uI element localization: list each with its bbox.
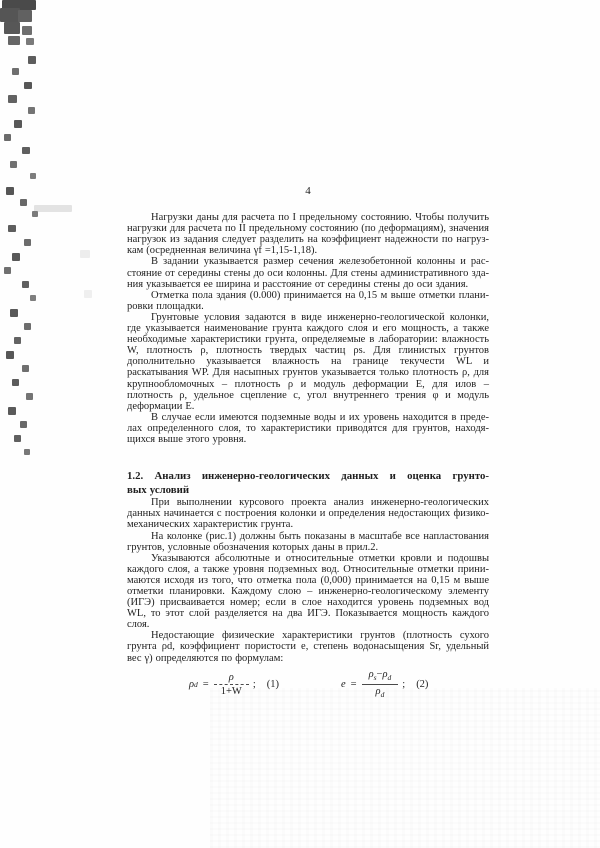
- scan-artifact: [14, 337, 21, 344]
- scan-artifact: [28, 56, 36, 64]
- paragraph-missing-characteristics: Недостающие физические характеристики гр…: [127, 630, 489, 663]
- scan-artifact: [2, 0, 36, 10]
- rho-d-subscript: d: [194, 679, 198, 690]
- paragraph-elevations: Указываются абсолютные и относительные о…: [127, 553, 489, 631]
- paragraph-floor-mark: Отметка пола здания (0.000) принимается …: [127, 290, 489, 312]
- scan-artifact: [30, 295, 36, 301]
- scan-artifact: [26, 393, 33, 400]
- section-heading-line1: 1.2. Анализ инженерно-геологических данн…: [127, 470, 489, 484]
- formula-2-number: (2): [416, 679, 428, 690]
- scan-artifact: [0, 8, 20, 22]
- equals-sign: =: [203, 679, 209, 690]
- scan-artifact: [22, 281, 29, 288]
- scan-noise: [210, 688, 600, 848]
- scan-artifact: [22, 26, 32, 35]
- section-heading: 1.2. Анализ инженерно-геологических данн…: [127, 470, 489, 497]
- formula-void-ratio: е = ρs−ρd ρd ; (2): [341, 668, 428, 701]
- scan-artifact: [20, 199, 27, 206]
- scan-artifact: [8, 407, 16, 415]
- e-symbol: е: [341, 679, 346, 690]
- scanned-document-page: 4 Нагрузки даны для расчета по I предель…: [0, 0, 600, 848]
- scan-artifact: [22, 147, 30, 154]
- scan-artifact: [18, 10, 32, 22]
- fraction-2-numerator: ρs−ρd: [362, 668, 399, 684]
- rho-d-subscript: d: [388, 673, 392, 682]
- paragraph-course-project: При выполнении курсового проекта анализ …: [127, 497, 489, 530]
- scan-artifact: [24, 82, 32, 89]
- scan-artifact: [8, 225, 16, 232]
- section-heading-line2: вых условий: [127, 484, 489, 498]
- scan-artifact: [84, 290, 92, 298]
- equals-sign: =: [351, 679, 357, 690]
- rho-d-subscript: d: [381, 690, 385, 699]
- scan-artifact: [20, 421, 27, 428]
- scan-artifact: [4, 267, 11, 274]
- scan-artifact: [32, 211, 38, 217]
- scan-artifact: [14, 435, 21, 442]
- scan-artifact: [28, 107, 35, 114]
- scan-artifact: [4, 22, 20, 34]
- scan-artifact: [8, 36, 20, 45]
- fraction-1-denominator: 1+W: [214, 684, 249, 698]
- formula-dry-density: ρd = ρ 1+W ; (1): [189, 671, 279, 698]
- fraction-1: ρ 1+W: [214, 671, 249, 698]
- paragraph-column-figure: На колонке (рис.1) должны быть показаны …: [127, 531, 489, 553]
- fraction-1-numerator: ρ: [214, 671, 249, 684]
- formula-row: ρd = ρ 1+W ; (1) е = ρs−ρd ρd ; (2): [127, 668, 489, 701]
- paragraph-soil-conditions: Грунтовые условия задаются в виде инжене…: [127, 312, 489, 412]
- semicolon: ;: [253, 679, 256, 690]
- scan-artifact: [10, 161, 17, 168]
- scan-artifact: [30, 173, 36, 179]
- scan-artifact: [24, 239, 31, 246]
- text-block: 4 Нагрузки даны для расчета по I предель…: [127, 186, 489, 701]
- fraction-2: ρs−ρd ρd: [362, 668, 399, 701]
- scan-artifact: [34, 205, 72, 212]
- scan-artifact: [12, 253, 20, 261]
- scan-artifact: [26, 38, 34, 45]
- scan-artifact: [14, 120, 22, 128]
- scan-artifact: [22, 365, 29, 372]
- scan-artifact: [12, 68, 19, 75]
- paragraph-groundwater: В случае если имеются подземные воды и и…: [127, 412, 489, 445]
- scan-artifact: [10, 309, 18, 317]
- scan-artifact: [6, 351, 14, 359]
- formula-1-number: (1): [267, 679, 279, 690]
- fraction-2-denominator: ρd: [362, 684, 399, 701]
- paragraph-loads: Нагрузки даны для расчета по I предельно…: [127, 212, 489, 256]
- semicolon: ;: [402, 679, 405, 690]
- scan-artifact: [4, 134, 11, 141]
- scan-artifact: [8, 95, 17, 103]
- scan-artifact: [24, 449, 30, 455]
- page-number: 4: [127, 186, 489, 197]
- scan-artifact: [6, 187, 14, 195]
- scan-artifact: [12, 379, 19, 386]
- paragraph-column-section: В задании указывается размер сечения жел…: [127, 256, 489, 289]
- scan-artifact: [80, 250, 90, 258]
- scan-artifact: [24, 323, 31, 330]
